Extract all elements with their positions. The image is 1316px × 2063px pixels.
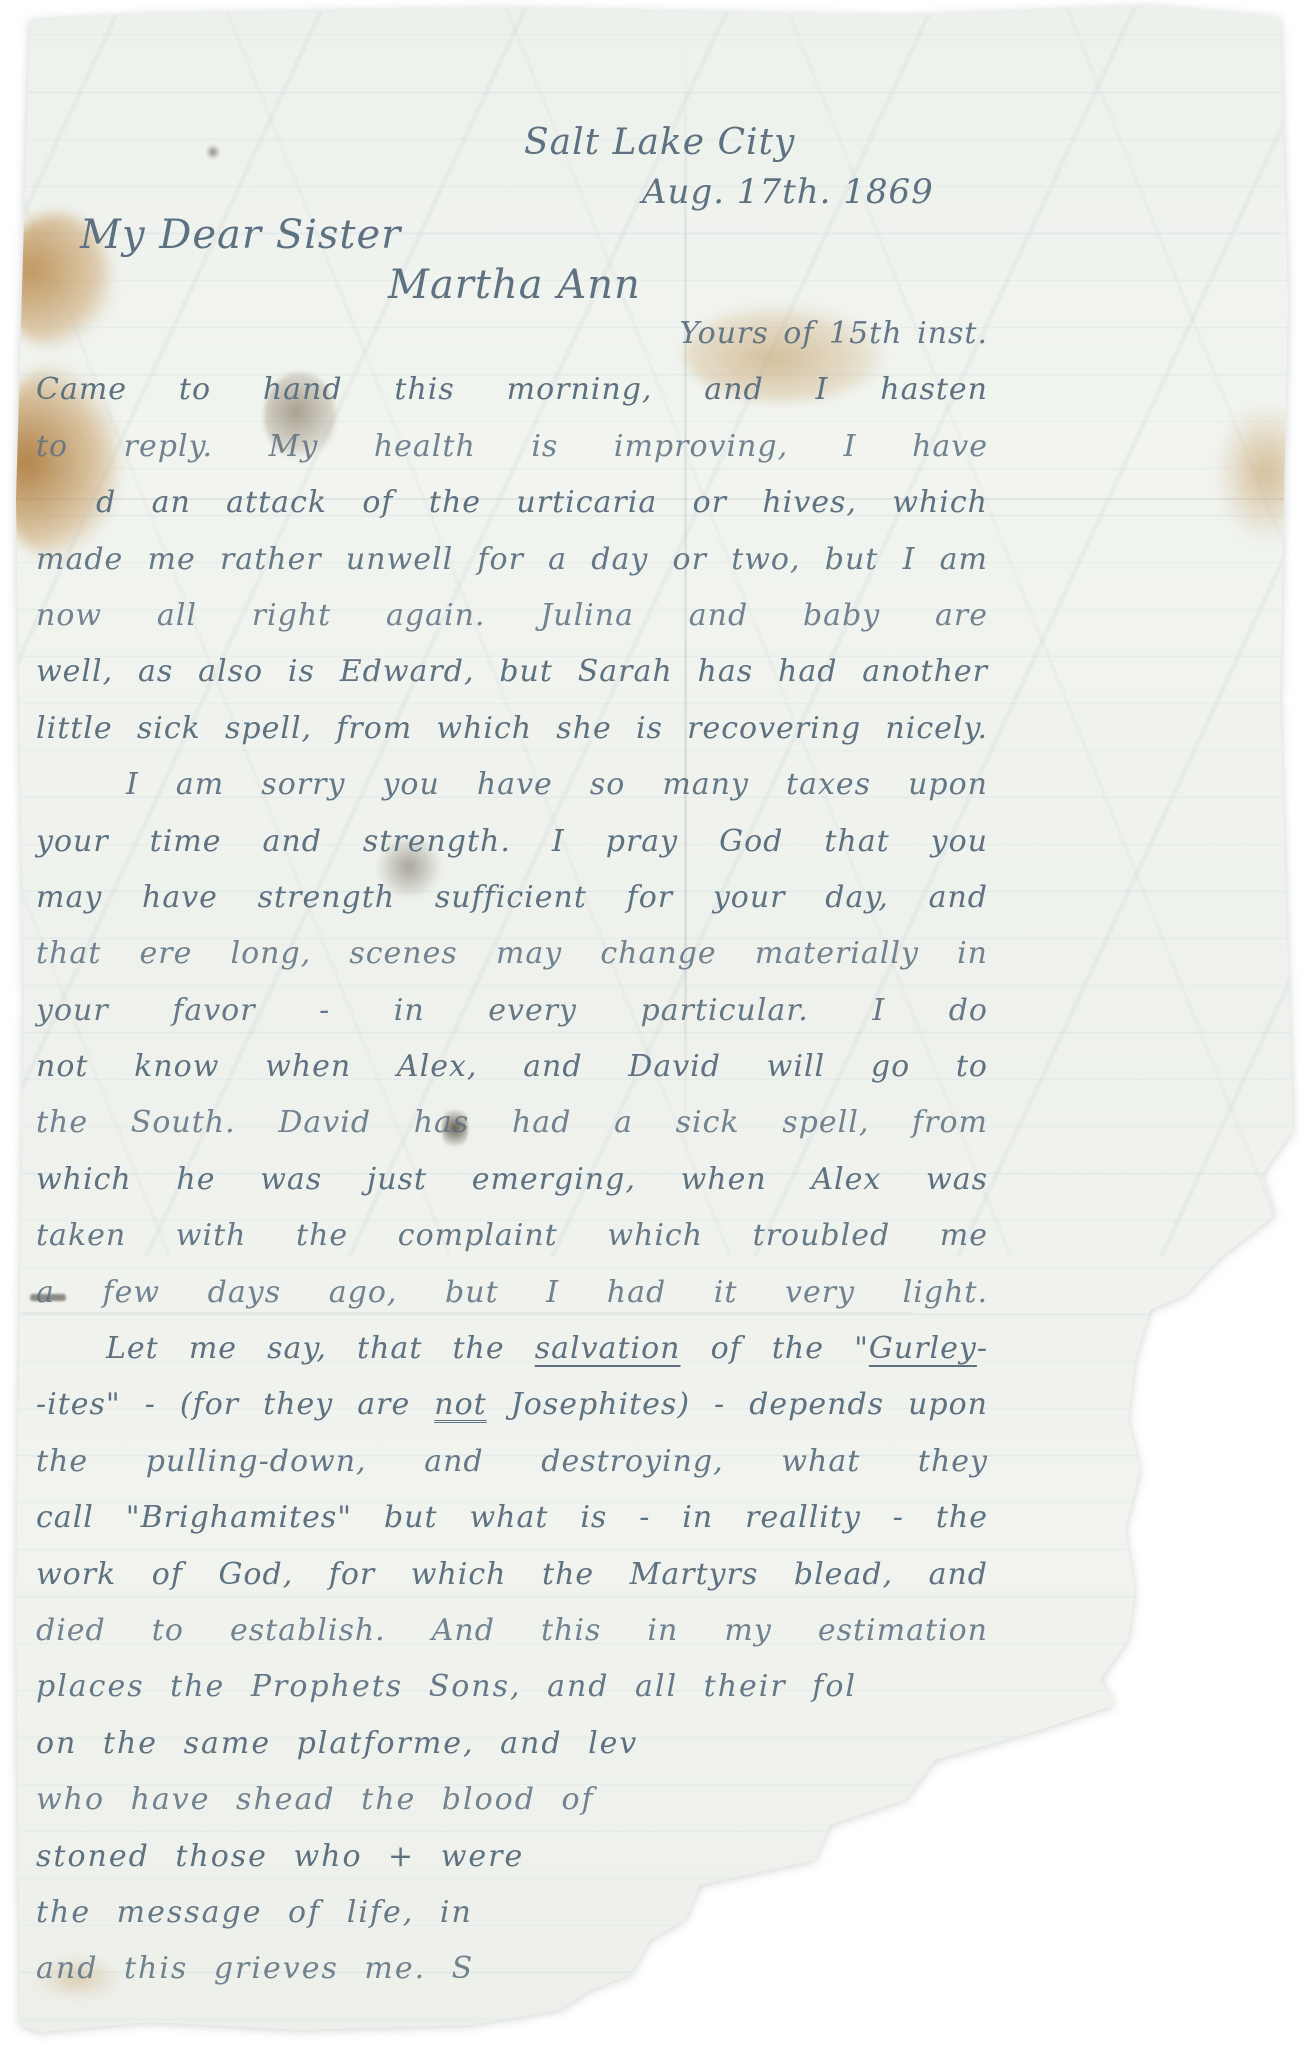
line-text: work of God, for which the Martyrs blead…: [36, 1557, 988, 1592]
line-text: Yours of 15th inst.: [679, 316, 988, 351]
letter-line: Let me say, that the salvation of the "G…: [36, 1321, 988, 1377]
letter-paper: Salt Lake City Aug. 17th. 1869 My Dear S…: [16, 6, 1298, 2038]
stain: [1246, 1418, 1312, 1514]
line-text: now all right again. Julina and baby are: [36, 598, 988, 633]
letter-line: little sick spell, from which she is rec…: [36, 701, 988, 757]
letter-place: Salt Lake City: [524, 122, 795, 163]
letter-line: d an attack of the urticaria or hives, w…: [36, 475, 988, 531]
line-text: Came to hand this morning, and I hasten: [36, 372, 988, 407]
line-text: -ites" - (for they are: [36, 1387, 434, 1422]
line-text: little sick spell, from which she is rec…: [36, 711, 988, 746]
letter-line: well, as also is Edward, but Sarah has h…: [36, 644, 988, 700]
letter-line: taken with the complaint which troubled …: [36, 1208, 988, 1264]
letter-line: Yours of 15th inst.: [36, 306, 988, 362]
letter-body: Yours of 15th inst.Came to hand this mor…: [36, 306, 988, 1998]
underlined-word: not: [434, 1387, 486, 1422]
line-text: d an attack of the urticaria or hives, w…: [96, 485, 988, 520]
line-text: died to establish. And this in my estima…: [36, 1613, 988, 1648]
line-text: not know when Alex, and David will go to: [36, 1049, 988, 1084]
letter-line: I am sorry you have so many taxes upon: [36, 757, 988, 813]
underlined-word: salvation: [535, 1331, 681, 1366]
letter-line: Came to hand this morning, and I hasten: [36, 362, 988, 418]
line-text: Josephites) - depends upon: [487, 1387, 988, 1422]
line-text: your favor - in every particular. I do: [36, 993, 988, 1028]
letter-line: which he was just emerging, when Alex wa…: [36, 1152, 988, 1208]
line-text: well, as also is Edward, but Sarah has h…: [36, 654, 988, 689]
letter-line: -ites" - (for they are not Josephites) -…: [36, 1377, 988, 1433]
line-text: of the ": [680, 1331, 868, 1366]
letter-line: that ere long, scenes may change materia…: [36, 926, 988, 982]
line-text: that ere long, scenes may change materia…: [36, 936, 988, 971]
letter-line: a few days ago, but I had it very light.: [36, 1265, 988, 1321]
line-text: -: [977, 1331, 988, 1366]
letter-line: made me rather unwell for a day or two, …: [36, 532, 988, 588]
line-text: the message of life, in: [36, 1895, 473, 1930]
line-text: which he was just emerging, when Alex wa…: [36, 1162, 988, 1197]
letter-line: to reply. My health is improving, I have: [36, 419, 988, 475]
letter-line: your time and strength. I pray God that …: [36, 814, 988, 870]
line-text: your time and strength. I pray God that …: [36, 824, 988, 859]
letter-date: Aug. 17th. 1869: [642, 172, 934, 212]
line-text: the pulling-down, and destroying, what t…: [36, 1444, 988, 1479]
letter-line: may have strength sufficient for your da…: [36, 870, 988, 926]
scanned-letter-page: { "letter": { "place": "Salt Lake City",…: [0, 0, 1316, 2063]
line-text: call "Brighamites" but what is - in real…: [36, 1500, 988, 1535]
line-text: to reply. My health is improving, I have: [36, 429, 988, 464]
line-text: and this grieves me. S: [36, 1951, 474, 1986]
letter-line: stoned those who + were: [36, 1829, 988, 1885]
letter-line: the pulling-down, and destroying, what t…: [36, 1434, 988, 1490]
line-text: taken with the complaint which troubled …: [36, 1218, 988, 1253]
line-text: may have strength sufficient for your da…: [36, 880, 988, 915]
letter-line: work of God, for which the Martyrs blead…: [36, 1547, 988, 1603]
line-text: on the same platforme, and lev: [36, 1726, 638, 1761]
letter-line: call "Brighamites" but what is - in real…: [36, 1490, 988, 1546]
letter-line: on the same platforme, and lev: [36, 1716, 988, 1772]
line-text: made me rather unwell for a day or two, …: [36, 542, 988, 577]
line-text: who have shead the blood of: [36, 1782, 595, 1817]
letter-line: who have shead the blood of: [36, 1772, 988, 1828]
letter-line: now all right again. Julina and baby are: [36, 588, 988, 644]
line-text: a few days ago, but I had it very light.: [36, 1275, 988, 1310]
letter-line: places the Prophets Sons, and all their …: [36, 1659, 988, 1715]
letter-line: and this grieves me. S: [36, 1941, 988, 1997]
letter-line: not know when Alex, and David will go to: [36, 1039, 988, 1095]
line-text: places the Prophets Sons, and all their …: [36, 1669, 857, 1704]
letter-line: died to establish. And this in my estima…: [36, 1603, 988, 1659]
line-text: stoned those who + were: [36, 1839, 524, 1874]
line-text: Let me say, that the: [106, 1331, 535, 1366]
letter-addressee: Martha Ann: [388, 262, 641, 308]
letter-line: the South. David has had a sick spell, f…: [36, 1095, 988, 1151]
underlined-word: Gurley: [869, 1331, 977, 1366]
letter-line: your favor - in every particular. I do: [36, 983, 988, 1039]
line-text: the South. David has had a sick spell, f…: [36, 1105, 988, 1140]
line-text: I am sorry you have so many taxes upon: [126, 767, 988, 802]
letter-salutation: My Dear Sister: [80, 212, 401, 258]
letter-line: the message of life, in: [36, 1885, 988, 1941]
letter-paper-wrap: Salt Lake City Aug. 17th. 1869 My Dear S…: [0, 0, 1316, 2063]
